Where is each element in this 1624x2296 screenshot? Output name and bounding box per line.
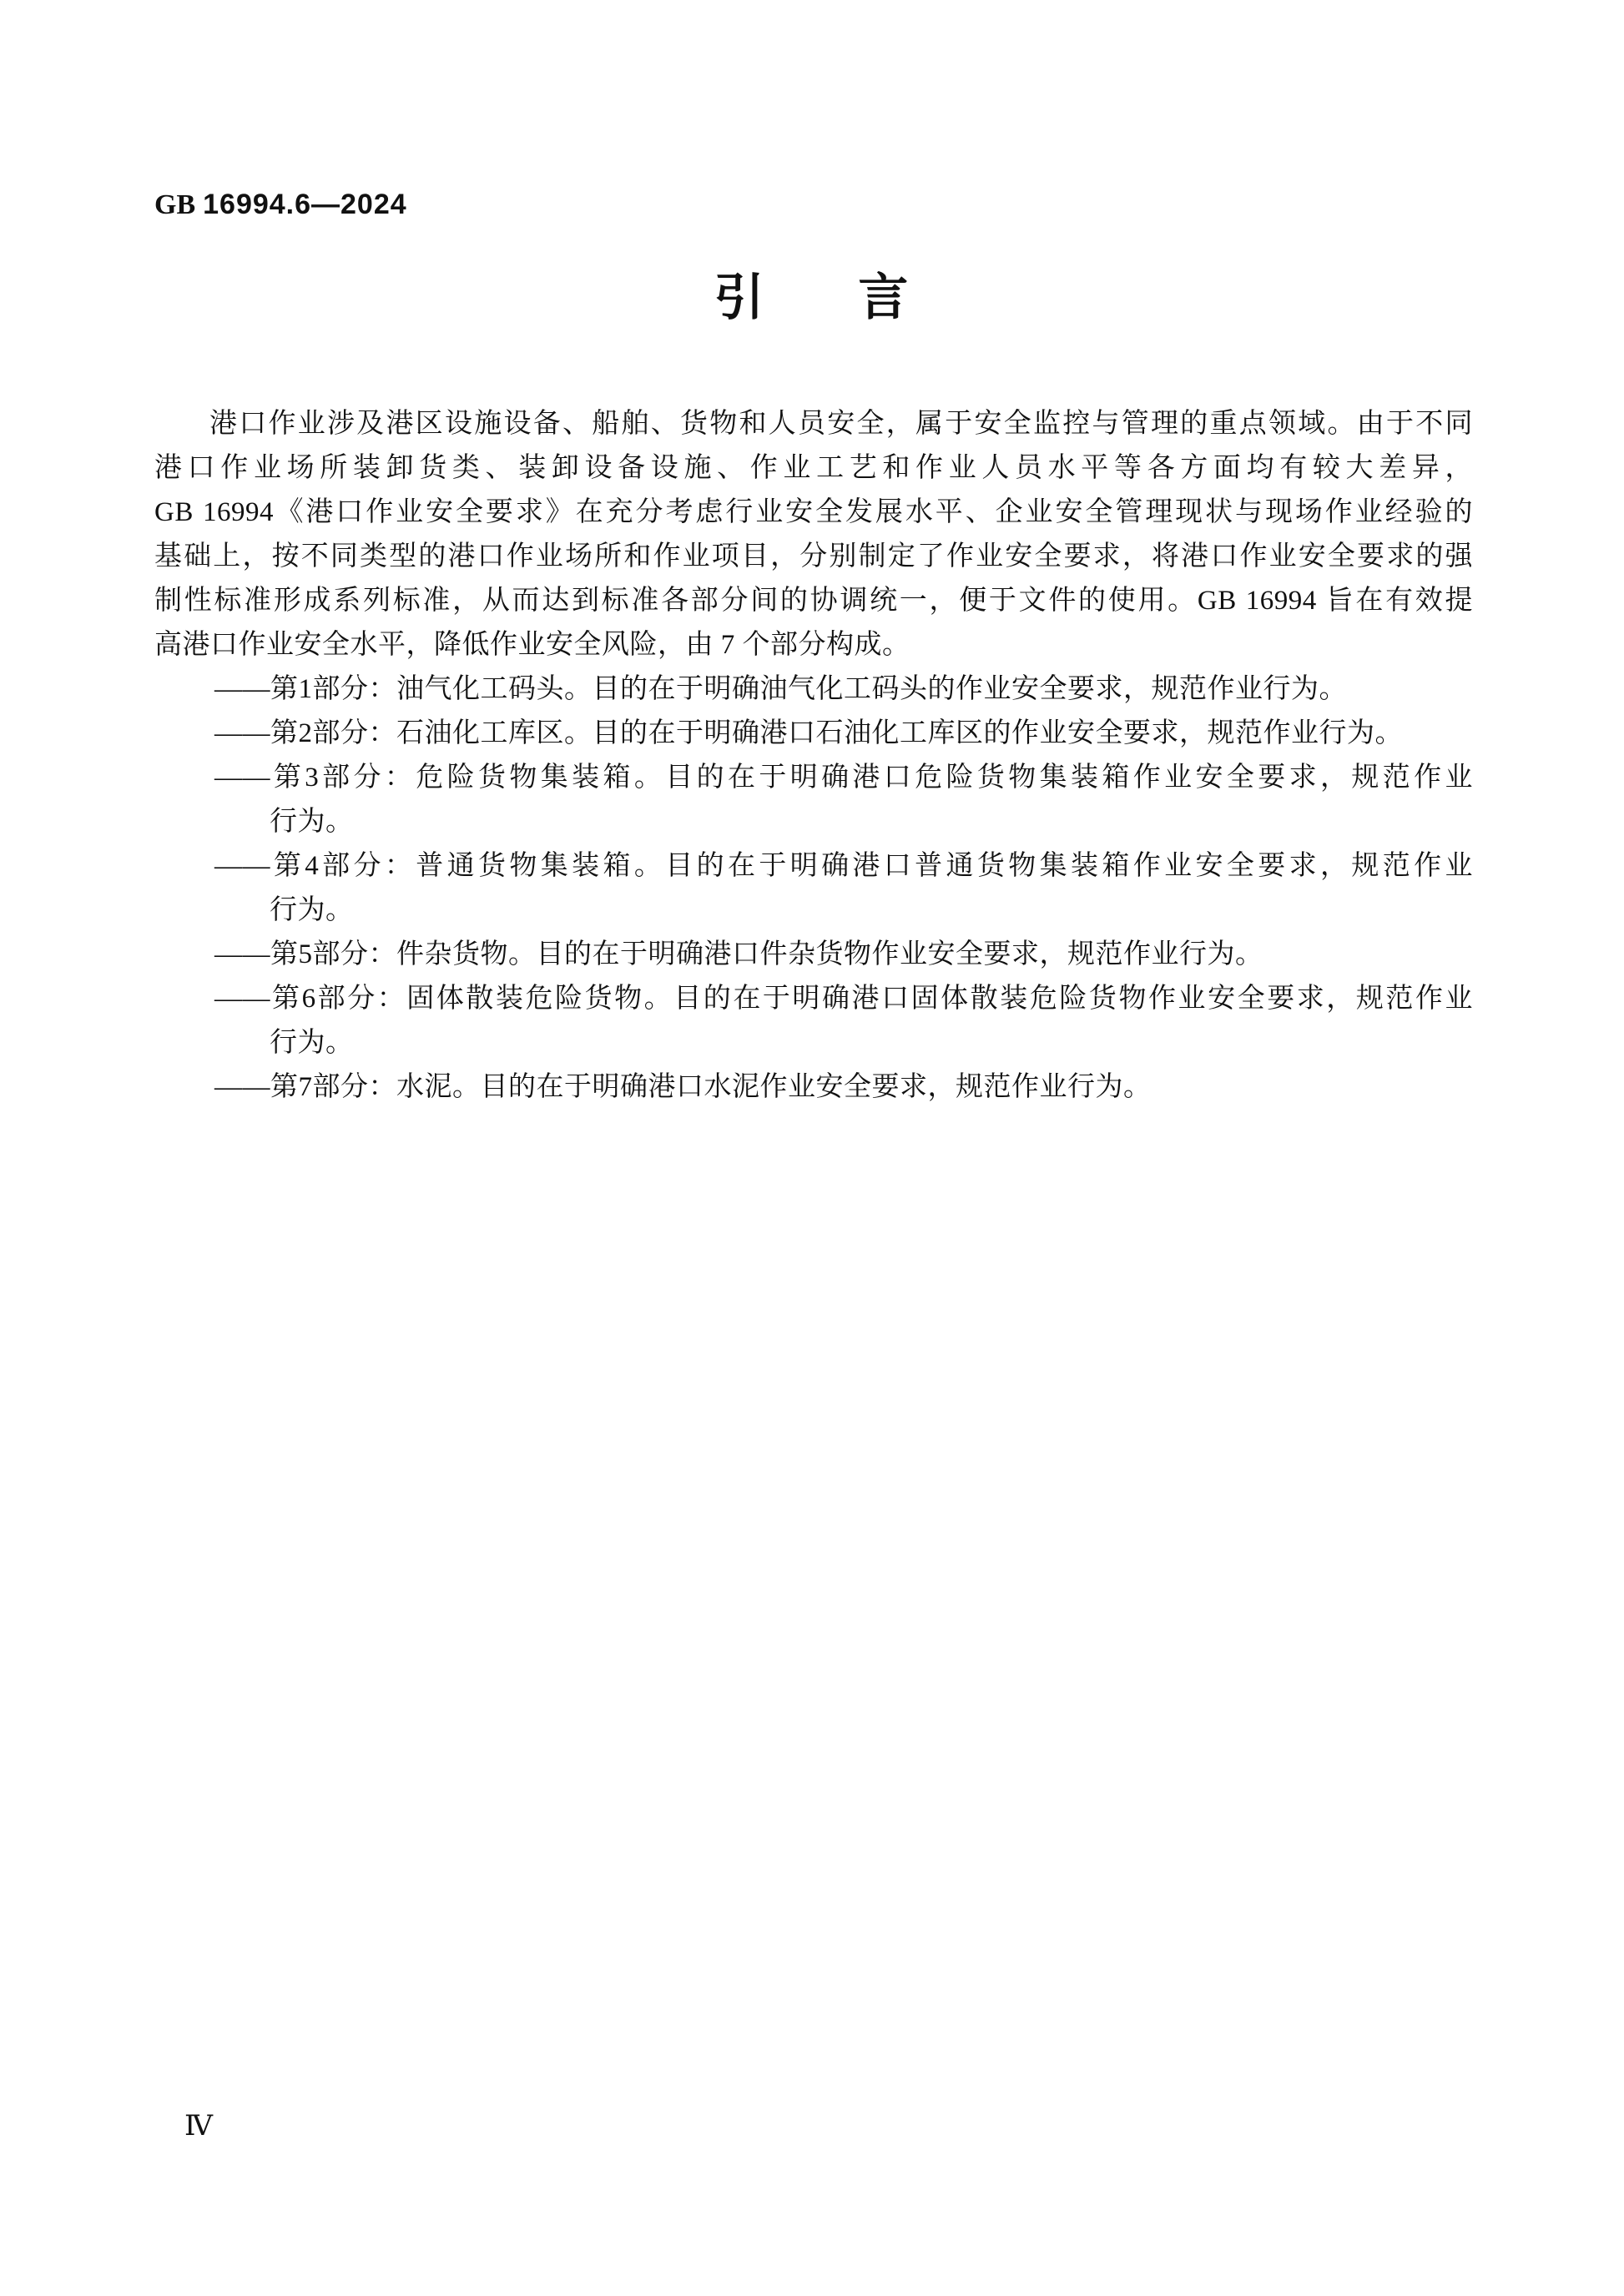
introduction-section: 港口作业涉及港区设施设备、船舶、货物和人员安全，属于安全监控与管理的重点领域。由… xyxy=(154,402,1473,1110)
part-list-item-continuation: 行为。 xyxy=(154,800,1473,844)
part-list-item-continuation: 行为。 xyxy=(154,1021,1473,1065)
part-list-item: ——第1部分：油气化工码头。目的在于明确油气化工码头的作业安全要求，规范作业行为… xyxy=(154,667,1473,712)
page-number: Ⅳ xyxy=(184,2109,213,2144)
intro-paragraph-line: 基础上，按不同类型的港口作业场所和作业项目，分别制定了作业安全要求，将港口作业安… xyxy=(154,535,1473,579)
standard-code-prefix: GB xyxy=(154,189,195,220)
standard-code-number: 16994.6—2024 xyxy=(203,189,407,220)
section-title: 引 言 xyxy=(0,267,1624,329)
intro-paragraph-line: GB 16994《港口作业安全要求》在充分考虑行业安全发展水平、企业安全管理现状… xyxy=(154,491,1473,535)
intro-paragraph-line: 制性标准形成系列标准，从而达到标准各部分间的协调统一，便于文件的使用。GB 16… xyxy=(154,579,1473,623)
part-list-item: ——第5部分：件杂货物。目的在于明确港口件杂货物作业安全要求，规范作业行为。 xyxy=(154,933,1473,977)
intro-paragraph-line: 港口作业涉及港区设施设备、船舶、货物和人员安全，属于安全监控与管理的重点领域。由… xyxy=(154,402,1473,446)
part-list-item-continuation: 行为。 xyxy=(154,889,1473,933)
standard-document-page: GB16994.6—2024 引 言 港口作业涉及港区设施设备、船舶、货物和人员… xyxy=(0,0,1624,2296)
standard-code: GB16994.6—2024 xyxy=(154,187,407,223)
part-list-item: ——第4部分：普通货物集装箱。目的在于明确港口普通货物集装箱作业安全要求，规范作… xyxy=(154,844,1473,889)
part-list-item: ——第7部分：水泥。目的在于明确港口水泥作业安全要求，规范作业行为。 xyxy=(154,1065,1473,1110)
intro-paragraph-line: 高港口作业安全水平，降低作业安全风险，由 7 个部分构成。 xyxy=(154,623,1473,667)
intro-paragraph-line: 港口作业场所装卸货类、装卸设备设施、作业工艺和作业人员水平等各方面均有较大差异， xyxy=(154,446,1473,491)
part-list-item: ——第3部分：危险货物集装箱。目的在于明确港口危险货物集装箱作业安全要求，规范作… xyxy=(154,756,1473,800)
part-list-item: ——第2部分：石油化工库区。目的在于明确港口石油化工库区的作业安全要求，规范作业… xyxy=(154,712,1473,756)
part-list-item: ——第6部分：固体散装危险货物。目的在于明确港口固体散装危险货物作业安全要求，规… xyxy=(154,977,1473,1021)
